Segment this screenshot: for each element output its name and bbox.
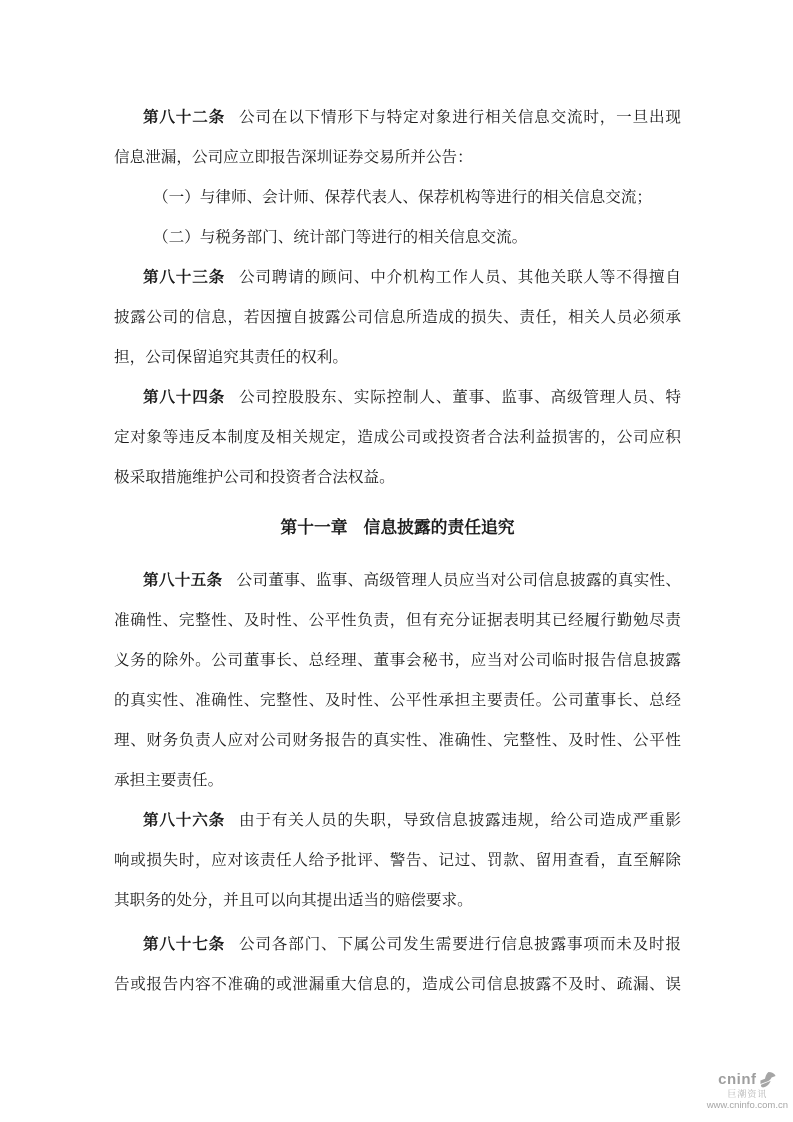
- cninfo-name-text: 巨潮资讯: [727, 1089, 767, 1099]
- article-84-line: 第八十四条公司控股股东、实际控制人、董事、监事、高级管理人员、特: [114, 378, 681, 418]
- article-85-label: 第八十五条: [143, 572, 222, 589]
- article-86-line: 第八十六条由于有关人员的失职，导致信息披露违规，给公司造成严重影: [114, 801, 681, 841]
- line-text: 由于有关人员的失职，导致信息披露违规，给公司造成严重影: [239, 812, 681, 829]
- article-83-line: 披露公司的信息，若因擅自披露公司信息所造成的损失、责任，相关人员必须承: [114, 298, 681, 338]
- line-text: 担，公司保留追究其责任的权利。: [114, 349, 348, 366]
- article-84-label: 第八十四条: [143, 389, 225, 406]
- article-85-line: 准确性、完整性、及时性、公平性负责，但有充分证据表明其已经履行勤勉尽责: [114, 601, 681, 641]
- article-85-line: 承担主要责任。: [114, 761, 681, 801]
- line-text: （一）与律师、会计师、保荐代表人、保荐机构等进行的相关信息交流；: [153, 189, 652, 206]
- cninfo-watermark: cninf 巨潮资讯 www.cninfo.com.cn: [707, 1072, 788, 1111]
- article-85-line: 的真实性、准确性、完整性、及时性、公平性承担主要责任。公司董事长、总经: [114, 681, 681, 721]
- article-82-line: 信息泄漏，公司应立即报告深圳证券交易所并公告：: [114, 138, 681, 178]
- line-text: 极采取措施维护公司和投资者合法权益。: [114, 469, 395, 486]
- cninfo-url-text: www.cninfo.com.cn: [707, 1100, 788, 1111]
- cninfo-logo: cninf: [718, 1072, 776, 1088]
- line-text: 义务的除外。公司董事长、总经理、董事会秘书，应当对公司临时报告信息披露: [114, 652, 681, 669]
- line-text: 理、财务负责人应对公司财务报告的真实性、准确性、完整性、及时性、公平性: [114, 732, 681, 749]
- article-86-line: 响或损失时，应对该责任人给予批评、警告、记过、罚款、留用查看，直至解除: [114, 841, 681, 881]
- line-text: 其职务的处分，并且可以向其提出适当的赔偿要求。: [114, 892, 473, 909]
- cninfo-globe-icon: [759, 1072, 777, 1088]
- article-83-line: 担，公司保留追究其责任的权利。: [114, 338, 681, 378]
- document-page: 第八十二条公司在以下情形下与特定对象进行相关信息交流时，一旦出现 信息泄漏，公司…: [0, 0, 793, 1122]
- article-82-item-2: （二）与税务部门、统计部门等进行的相关信息交流。: [114, 218, 681, 258]
- line-text: 公司控股股东、实际控制人、董事、监事、高级管理人员、特: [239, 389, 681, 406]
- line-text: 信息泄漏，公司应立即报告深圳证券交易所并公告：: [114, 149, 473, 166]
- article-82-label: 第八十二条: [143, 109, 225, 126]
- article-85-line: 义务的除外。公司董事长、总经理、董事会秘书，应当对公司临时报告信息披露: [114, 641, 681, 681]
- article-84-line: 定对象等违反本制度及相关规定，造成公司或投资者合法利益损害的，公司应积: [114, 418, 681, 458]
- article-86-line: 其职务的处分，并且可以向其提出适当的赔偿要求。: [114, 881, 681, 921]
- article-86-label: 第八十六条: [143, 812, 225, 829]
- article-83-label: 第八十三条: [143, 269, 225, 286]
- cninfo-brand-text: cninf: [718, 1072, 756, 1088]
- article-84-line: 极采取措施维护公司和投资者合法权益。: [114, 458, 681, 498]
- line-text: 承担主要责任。: [114, 772, 223, 789]
- article-83-line: 第八十三条公司聘请的顾问、中介机构工作人员、其他关联人等不得擅自: [114, 258, 681, 298]
- line-text: （二）与税务部门、统计部门等进行的相关信息交流。: [153, 229, 527, 246]
- line-text: 披露公司的信息，若因擅自披露公司信息所造成的损失、责任，相关人员必须承: [114, 309, 681, 326]
- document-body: 第八十二条公司在以下情形下与特定对象进行相关信息交流时，一旦出现 信息泄漏，公司…: [114, 98, 681, 1005]
- chapter-number: 第十一章: [280, 518, 347, 537]
- article-87-line: 告或报告内容不准确的或泄漏重大信息的，造成公司信息披露不及时、疏漏、误: [114, 965, 681, 1005]
- article-85-line: 第八十五条公司董事、监事、高级管理人员应当对公司信息披露的真实性、: [114, 561, 681, 601]
- chapter-heading: 第十一章信息披露的责任追究: [114, 508, 681, 548]
- article-87-line: 第八十七条公司各部门、下属公司发生需要进行信息披露事项而未及时报: [114, 925, 681, 965]
- line-text: 定对象等违反本制度及相关规定，造成公司或投资者合法利益损害的，公司应积: [114, 429, 681, 446]
- line-text: 公司各部门、下属公司发生需要进行信息披露事项而未及时报: [239, 936, 681, 953]
- line-text: 公司聘请的顾问、中介机构工作人员、其他关联人等不得擅自: [239, 269, 681, 286]
- line-text: 公司董事、监事、高级管理人员应当对公司信息披露的真实性、: [236, 572, 681, 589]
- line-text: 响或损失时，应对该责任人给予批评、警告、记过、罚款、留用查看，直至解除: [114, 852, 681, 869]
- line-text: 的真实性、准确性、完整性、及时性、公平性承担主要责任。公司董事长、总经: [114, 692, 681, 709]
- line-text: 公司在以下情形下与特定对象进行相关信息交流时，一旦出现: [239, 109, 681, 126]
- line-text: 告或报告内容不准确的或泄漏重大信息的，造成公司信息披露不及时、疏漏、误: [114, 976, 681, 993]
- line-text: 准确性、完整性、及时性、公平性负责，但有充分证据表明其已经履行勤勉尽责: [114, 612, 681, 629]
- article-85-line: 理、财务负责人应对公司财务报告的真实性、准确性、完整性、及时性、公平性: [114, 721, 681, 761]
- article-82-item-1: （一）与律师、会计师、保荐代表人、保荐机构等进行的相关信息交流；: [114, 178, 681, 218]
- article-82-line: 第八十二条公司在以下情形下与特定对象进行相关信息交流时，一旦出现: [114, 98, 681, 138]
- chapter-title: 信息披露的责任追究: [364, 518, 515, 537]
- article-87-label: 第八十七条: [143, 936, 225, 953]
